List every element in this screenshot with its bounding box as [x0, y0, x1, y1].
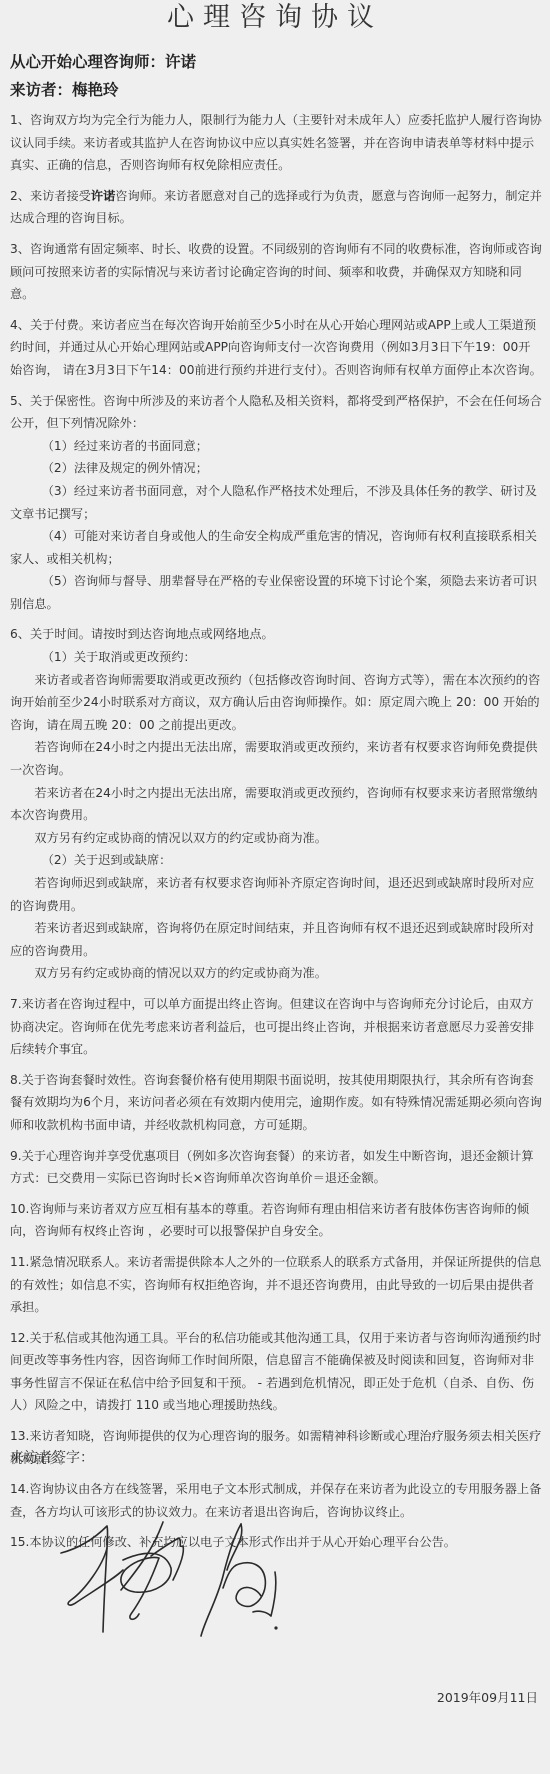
- clause-6-sub1-text: 来访者或者咨询师需要取消或更改预约（包括修改咨询时间、咨询方式等），需在本次预约…: [10, 669, 542, 737]
- clause-1: 1、咨询双方均为完全行为能力人，限制行为能力人（主要针对未成年人）应委托监护人履…: [10, 109, 542, 177]
- clause-5-item: （1）经过来访者的书面同意；: [10, 435, 542, 458]
- clause-10: 10.咨询师与来访者双方应互相有基本的尊重。若咨询师有理由相信来访者有肢体伤害咨…: [10, 1198, 542, 1243]
- clause-6-sub1-text: 双方另有约定或协商的情况以双方的约定或协商为准。: [10, 827, 542, 850]
- clause-12: 12.关于私信或其他沟通工具。平台的私信功能或其他沟通工具，仅用于来访者与咨询师…: [10, 1327, 542, 1417]
- clause-5-item: （5）咨询师与督导、朋辈督导在严格的专业保密设置的环境下讨论个案，须隐去来访者可…: [10, 570, 542, 615]
- counselor-line: 从心开始心理咨询师：许诺: [10, 50, 196, 72]
- clause-9: 9.关于心理咨询并享受优惠项目（例如多次咨询套餐）的来访者，如发生中断咨询，退还…: [10, 1145, 542, 1190]
- clause-6-sub1-title: （1）关于取消或更改预约：: [10, 646, 542, 669]
- clause-5: 5、关于保密性。咨询中所涉及的来访者个人隐私及相关资料，都将受到严格保护，不会在…: [10, 390, 542, 435]
- clause-2-pre: 2、来访者接受: [10, 189, 91, 203]
- clause-5-item: （4）可能对来访者自身或他人的生命安全构成严重危害的情况，咨询师有权利直接联系相…: [10, 525, 542, 570]
- clause-7: 7.来访者在咨询过程中，可以单方面提出终止咨询。但建议在咨询中与咨询师充分讨论后…: [10, 993, 542, 1061]
- clause-6-sub2-text: 若来访者迟到或缺席，咨询将仍在原定时间结束，并且咨询师有权不退还迟到或缺席时段所…: [10, 917, 542, 962]
- clause-6: 6、关于时间。请按时到达咨询地点或网络地点。: [10, 623, 542, 646]
- clause-6-sub2-text: 若咨询师迟到或缺席，来访者有权要求咨询师补齐原定咨询时间，退还迟到或缺席时段所对…: [10, 872, 542, 917]
- clause-6-sub1-text: 若咨询师在24小时之内提出无法出席，需要取消或更改预约，来访者有权要求咨询师免费…: [10, 736, 542, 781]
- counselor-name: 许诺: [91, 189, 115, 203]
- clause-6-sub1-text: 若来访者在24小时之内提出无法出席，需要取消或更改预约，咨询师有权要求来访者照常…: [10, 782, 542, 827]
- clause-3: 3、咨询通常有固定频率、时长、收费的设置。不同级别的咨询师有不同的收费标准，咨询…: [10, 238, 542, 306]
- clause-5-item: （3）经过来访者书面同意，对个人隐私作严格技术处理后，不涉及具体任务的教学、研讨…: [10, 480, 542, 525]
- clause-14: 14.咨询协议由各方在线签署，采用电子文本形式制成，并保存在来访者为此设立的专用…: [10, 1478, 542, 1523]
- clause-8: 8.关于咨询套餐时效性。咨询套餐价格有使用期限书面说明，按其使用期限执行，其余所…: [10, 1069, 542, 1137]
- signature-icon: [55, 1520, 295, 1640]
- clause-11: 11.紧急情况联系人。来访者需提供除本人之外的一位联系人的联系方式备用，并保证所…: [10, 1251, 542, 1319]
- signature-label: 来访者签字：: [10, 1447, 94, 1467]
- clause-6-sub2-title: （2）关于迟到或缺席：: [10, 849, 542, 872]
- page-title: 心理咨询协议: [0, 0, 550, 36]
- agreement-page: 心理咨询协议 从心开始心理咨询师：许诺 来访者：梅艳玲 1、咨询双方均为完全行为…: [0, 0, 550, 1774]
- agreement-body: 1、咨询双方均为完全行为能力人，限制行为能力人（主要针对未成年人）应委托监护人履…: [10, 109, 542, 1562]
- clause-5-item: （2）法律及规定的例外情况；: [10, 457, 542, 480]
- signature-date: 2019年09月11日: [437, 1688, 538, 1706]
- clause-2: 2、来访者接受许诺咨询师。来访者愿意对自己的选择或行为负责，愿意与咨询师一起努力…: [10, 185, 542, 230]
- visitor-line: 来访者：梅艳玲: [10, 78, 119, 100]
- clause-4: 4、关于付费。来访者应当在每次咨询开始前至少5小时在从心开始心理网站或APP上或…: [10, 314, 542, 382]
- clause-6-sub2-text: 双方另有约定或协商的情况以双方的约定或协商为准。: [10, 962, 542, 985]
